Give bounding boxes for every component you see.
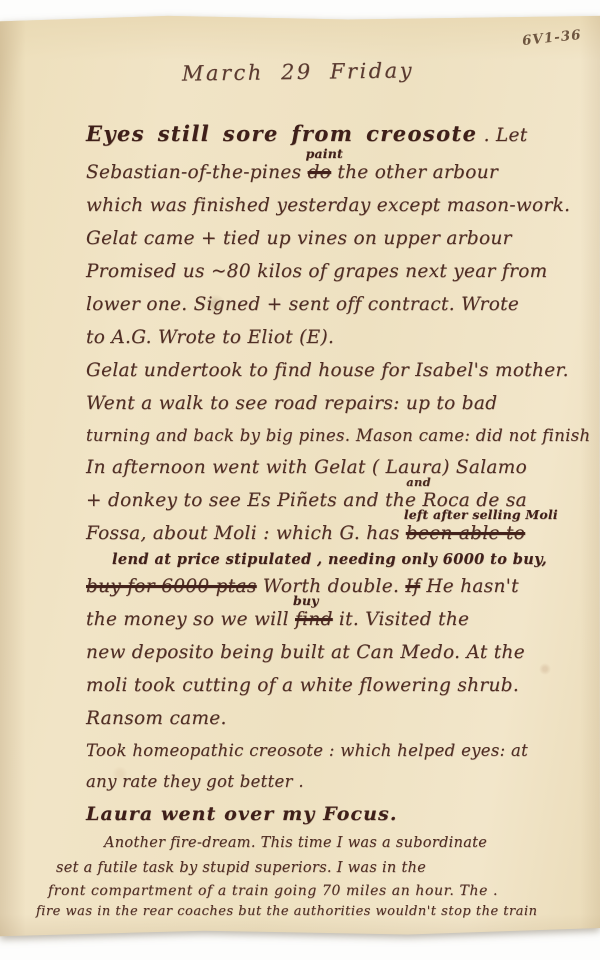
diary-line: Went a walk to see road repairs: up to b… — [86, 387, 570, 420]
diary-line: turning and back by big pines. Mason cam… — [86, 420, 570, 451]
diary-line: lend at price stipulated , needing only … — [112, 550, 570, 570]
handwritten-text: He hasn't — [420, 576, 519, 597]
handwritten-text: new deposito being built at Can Medo. At… — [86, 642, 525, 663]
handwritten-text: lower one. Signed + sent off contract. W… — [86, 294, 519, 315]
diary-line: moli took cutting of a white flowering s… — [86, 669, 570, 702]
handwritten-text: Went a walk to see road repairs: up to b… — [86, 393, 497, 414]
diary-content: March 29 Friday Eyes still sore from cre… — [0, 14, 600, 940]
insertion-above-line: left after selling Moli — [404, 508, 558, 522]
insertion-above-line: paint — [306, 147, 343, 161]
handwritten-text: Salamo — [450, 457, 527, 478]
handwritten-text: Eyes still sore from creosote — [86, 121, 477, 146]
handwritten-text: In afternoon went with Gelat ( Laura — [86, 457, 442, 478]
diary-line: Promised us ~80 kilos of grapes next yea… — [86, 255, 570, 288]
diary-line: buy for 6000 ptas Worth double. If He ha… — [86, 570, 570, 603]
handwritten-text: Fossa, about Moli : which G. has — [86, 523, 406, 544]
handwritten-text: Took homeopathic creosote : which helped… — [86, 741, 528, 760]
handwritten-text: set a futile task by stupid superiors. I… — [56, 860, 426, 876]
handwritten-text: to A.G. Wrote to Eliot (E). — [86, 327, 334, 348]
scanned-diary-page: 6V1-36 March 29 Friday Eyes still sore f… — [0, 0, 600, 960]
handwritten-text: Worth double. — [257, 576, 406, 597]
struck-out-text: dopaint — [308, 162, 332, 183]
handwritten-text: it. Visited the — [333, 609, 470, 630]
handwritten-text: )and — [442, 457, 450, 478]
diary-line: Laura went over my Focus. — [86, 797, 570, 831]
diary-line: Another fire-dream. This time I was a su… — [104, 831, 570, 856]
handwritten-text: the money so we will — [86, 609, 295, 630]
diary-line: front compartment of a train going 70 mi… — [48, 881, 570, 902]
handwritten-text: any rate they got better . — [86, 772, 304, 791]
diary-line: Gelat undertook to find house for Isabel… — [86, 354, 570, 387]
diary-line: any rate they got better . — [86, 766, 570, 797]
handwritten-text: fire was in the rear coaches but the aut… — [36, 904, 538, 919]
diary-line: In afternoon went with Gelat ( Laura)and… — [86, 451, 570, 484]
handwritten-text: lend at price stipulated , needing only … — [112, 551, 547, 568]
date-heading: March 29 Friday — [86, 57, 510, 87]
handwritten-text: . Let — [477, 125, 527, 146]
diary-lines: Eyes still sore from creosote . LetSebas… — [86, 114, 570, 922]
diary-line: Gelat came + tied up vines on upper arbo… — [86, 222, 570, 255]
diary-line: new deposito being built at Can Medo. At… — [86, 636, 570, 669]
diary-paper: 6V1-36 March 29 Friday Eyes still sore f… — [0, 14, 600, 940]
handwritten-text: Sebastian-of-the-pines — [86, 162, 308, 183]
handwritten-text: Another fire-dream. This time I was a su… — [104, 835, 487, 851]
handwritten-text: front compartment of a train going 70 mi… — [48, 883, 498, 899]
diary-line: Took homeopathic creosote : which helped… — [86, 735, 570, 766]
diary-line: Sebastian-of-the-pines dopaint the other… — [86, 156, 570, 189]
handwritten-text: the other arbour — [331, 162, 498, 183]
struck-out-text: If — [405, 576, 420, 597]
handwritten-text: Gelat undertook to find house for Isabel… — [86, 360, 569, 381]
diary-line: the money so we will findbuy it. Visited… — [86, 603, 570, 636]
handwritten-text: moli took cutting of a white flowering s… — [86, 675, 519, 696]
insertion-above-line: buy — [293, 594, 319, 608]
handwritten-text: Promised us ~80 kilos of grapes next yea… — [86, 261, 548, 282]
diary-line: set a futile task by stupid superiors. I… — [56, 856, 570, 881]
insertion-below-line: and — [406, 476, 431, 488]
handwritten-text: Gelat came + tied up vines on upper arbo… — [86, 228, 512, 249]
struck-out-text: buy for 6000 ptas — [86, 576, 257, 597]
handwritten-text: Laura went over my Focus. — [86, 803, 398, 825]
handwritten-text: which was finished yesterday except maso… — [86, 195, 570, 216]
handwritten-text: Ransom came. — [86, 708, 227, 729]
struck-out-text: findbuy — [295, 609, 333, 630]
diary-line: lower one. Signed + sent off contract. W… — [86, 288, 570, 321]
struck-out-text: been able toleft after selling Moli — [406, 523, 525, 544]
diary-line: Fossa, about Moli : which G. has been ab… — [86, 517, 570, 550]
diary-line: Ransom came. — [86, 702, 570, 735]
diary-line: which was finished yesterday except maso… — [86, 189, 570, 222]
diary-line: to A.G. Wrote to Eliot (E). — [86, 321, 570, 354]
handwritten-text: turning and back by big pines. Mason cam… — [86, 426, 590, 445]
diary-line: fire was in the rear coaches but the aut… — [36, 902, 570, 922]
